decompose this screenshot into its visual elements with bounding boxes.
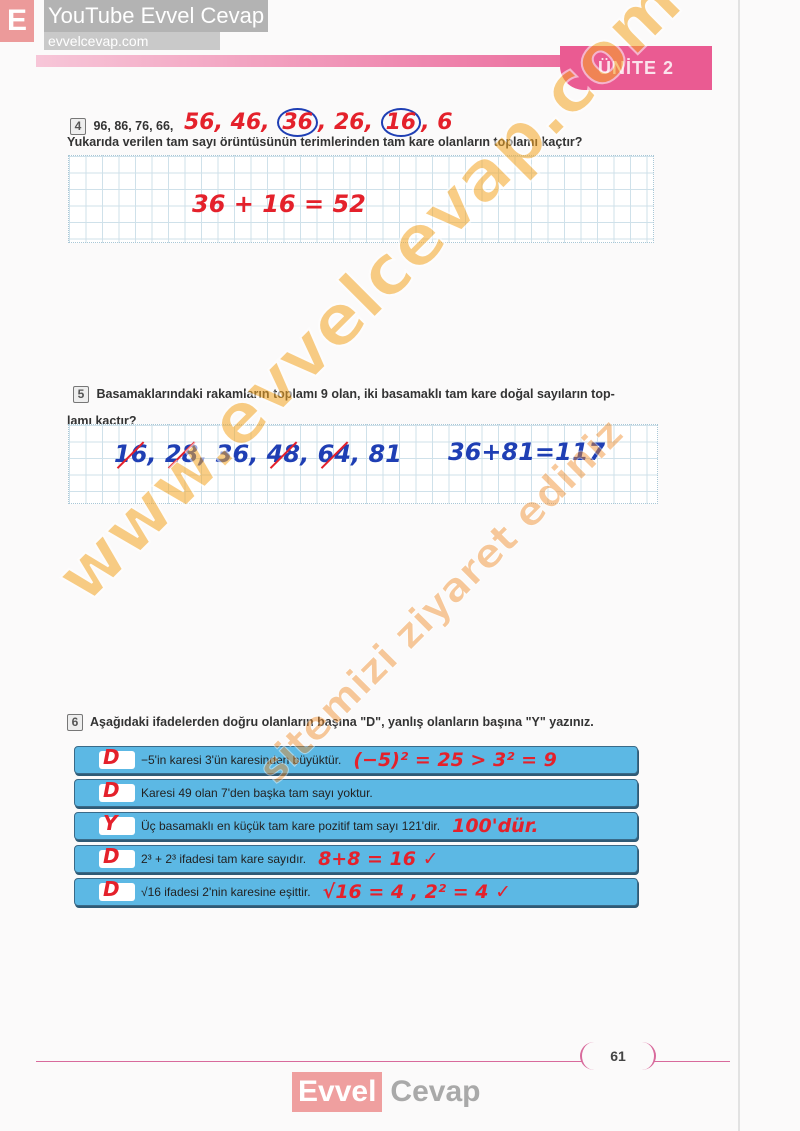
statement-work: 100'dür. <box>452 815 538 837</box>
answer-box[interactable]: D <box>99 850 135 868</box>
q4-sequence-line: 4 96, 86, 76, 66, <box>70 118 173 135</box>
q4-handwritten-sequence: 56, 46, 36, 26, 16, 6 <box>184 108 453 137</box>
statement-text: √16 ifadesi 2'nin karesine eşittir. <box>141 885 311 899</box>
q4-term: 56 <box>184 110 215 135</box>
q4-term: 36 <box>277 108 318 137</box>
answer-mark: D <box>103 877 120 901</box>
answer-box[interactable]: D <box>99 751 135 769</box>
youtube-label: YouTube Evvel Cevap <box>44 0 268 32</box>
statement-text: Karesi 49 olan 7'den başka tam sayı yokt… <box>141 786 373 800</box>
q5-question-line1: 5 Basamaklarındaki rakamların toplamı 9 … <box>73 386 615 403</box>
workbook-page: E YouTube Evvel Cevap evvelcevap.com ÜNİ… <box>0 0 800 1131</box>
q5-number: 5 <box>73 386 89 403</box>
answer-box[interactable]: Y <box>99 817 135 835</box>
answer-mark: D <box>103 844 120 868</box>
statement-work: 8+8 = 16 ✓ <box>318 848 439 870</box>
watermark: www.evvelcevap.com <box>40 0 697 618</box>
statement-text: Üç basamaklı en küçük tam kare pozitif t… <box>141 819 440 833</box>
statement-work: (−5)² = 25 > 3² = 9 <box>353 749 556 771</box>
q5-candidate: 81 <box>368 440 401 468</box>
q4-answer-work: 36 + 16 = 52 <box>192 190 366 218</box>
statement-row: D2³ + 2³ ifadesi tam kare sayıdır.8+8 = … <box>74 845 638 873</box>
q4-term: 46 <box>231 110 262 135</box>
answer-mark: D <box>103 778 120 802</box>
brand-logo: E <box>0 0 34 42</box>
q4-sequence-printed: 96, 86, 76, 66, <box>93 119 173 133</box>
statement-row: YÜç basamaklı en küçük tam kare pozitif … <box>74 812 638 840</box>
q4-number: 4 <box>70 118 86 135</box>
answer-box[interactable]: D <box>99 883 135 901</box>
statement-row: D−5'in karesi 3'ün karesinden büyüktür.(… <box>74 746 638 774</box>
footer-brand-gray: Cevap <box>390 1075 480 1109</box>
page-edge <box>738 0 740 1131</box>
brand-header: E YouTube Evvel Cevap evvelcevap.com <box>0 0 268 50</box>
footer-brand: Evvel Cevap <box>292 1072 480 1112</box>
q4-term: 6 <box>437 110 452 135</box>
q4-term: 16 <box>381 108 422 137</box>
statement-row: DKaresi 49 olan 7'den başka tam sayı yok… <box>74 779 638 807</box>
answer-mark: D <box>103 745 120 769</box>
page-number: 61 <box>580 1042 656 1070</box>
q5-candidate: 64 <box>318 440 351 468</box>
answer-mark: Y <box>103 811 117 835</box>
answer-box[interactable]: D <box>99 784 135 802</box>
statement-text: 2³ + 2³ ifadesi tam kare sayıdır. <box>141 852 306 866</box>
q4-term: 26 <box>334 110 365 135</box>
q6-number: 6 <box>67 714 83 731</box>
statement-row: D√16 ifadesi 2'nin karesine eşittir.√16 … <box>74 878 638 906</box>
footer-brand-red: Evvel <box>292 1072 382 1112</box>
statement-work: √16 = 4 , 2² = 4 ✓ <box>323 881 511 903</box>
site-url: evvelcevap.com <box>44 32 220 50</box>
